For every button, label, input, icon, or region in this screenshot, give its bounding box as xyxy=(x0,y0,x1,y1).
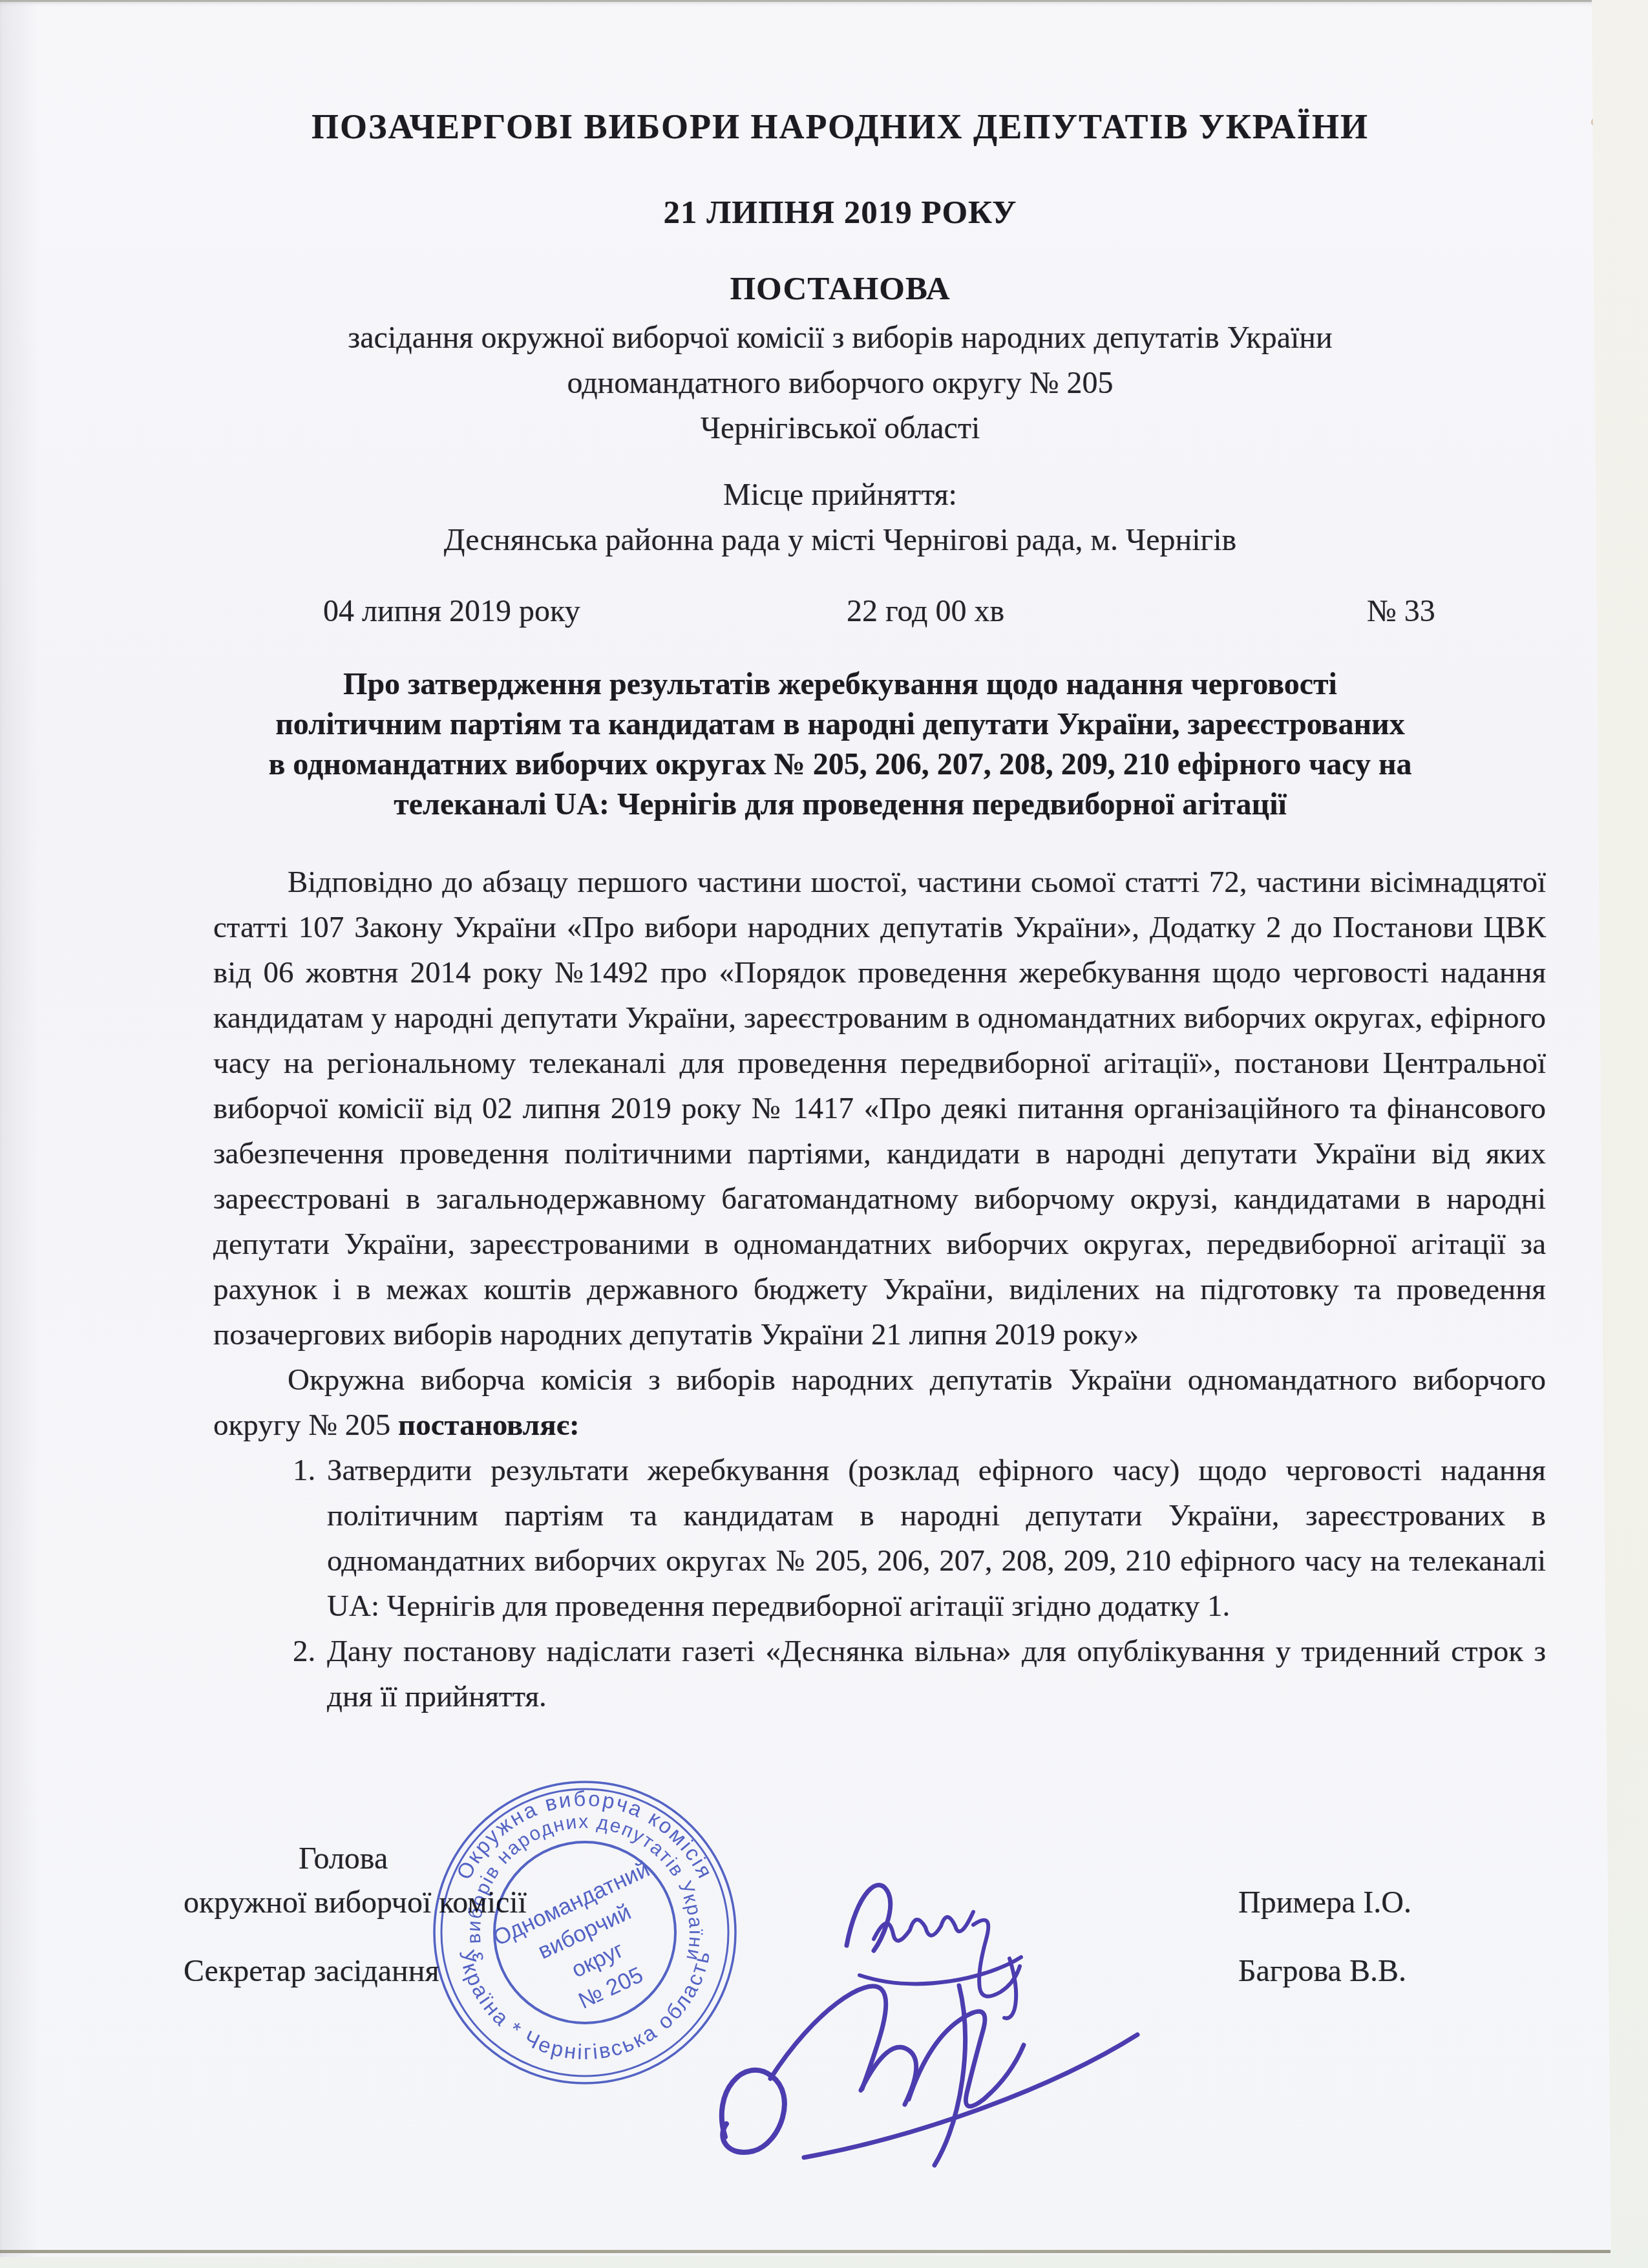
meta-row: 04 липня 2019 року 22 год 00 хв № 33 xyxy=(0,593,1648,632)
secretary-signature xyxy=(685,1952,1176,2185)
list-item: Затвердити результати жеребкування (розк… xyxy=(323,1448,1546,1629)
paper-speck xyxy=(1591,118,1598,126)
meta-number: № 33 xyxy=(1367,593,1435,629)
meta-time: 22 год 00 хв xyxy=(847,593,1004,629)
left-edge-shadow xyxy=(0,0,39,2268)
body-paragraph-resolution: Окружна виборча комісія з виборів народн… xyxy=(213,1357,1546,1448)
doc-type-heading: ПОСТАНОВА xyxy=(158,270,1522,308)
subject-line: телеканалі UA: Чернігів для проведення п… xyxy=(158,785,1522,825)
top-edge-line xyxy=(0,0,1592,2)
subject-line: Про затвердження результатів жеребкуванн… xyxy=(158,664,1522,705)
resolution-list: Затвердити результати жеребкування (розк… xyxy=(213,1448,1546,1719)
resolution-bold-word: постановляє: xyxy=(398,1408,580,1442)
session-line: одномандатного виборчого округу № 205 xyxy=(158,361,1522,406)
meta-date: 04 липня 2019 року xyxy=(323,593,580,629)
role-secretary: Секретар засідання xyxy=(184,1953,439,1989)
bottom-edge-line xyxy=(0,2250,1611,2253)
secretary-name: Багрова В.В. xyxy=(1238,1953,1406,1989)
list-item: Дану постанову надіслати газеті «Деснянк… xyxy=(323,1629,1546,1719)
subject-line: політичним партіям та кандидатам в народ… xyxy=(158,705,1522,745)
session-line: засідання окружної виборчої комісії з ви… xyxy=(158,315,1522,361)
body-paragraph-legal-basis: Відповідно до абзацу першого частини шос… xyxy=(213,860,1546,1357)
document-title: ПОЗАЧЕРГОВІ ВИБОРИ НАРОДНИХ ДЕПУТАТІВ УК… xyxy=(158,107,1522,147)
subject-line: в одномандатних виборчих округах № 205, … xyxy=(158,745,1522,785)
election-date-heading: 21 ЛИПНЯ 2019 РОКУ xyxy=(158,194,1522,231)
place-label: Місце прийняття: xyxy=(158,477,1522,513)
session-line: Чернігівської області xyxy=(158,406,1522,451)
chairman-name: Примера І.О. xyxy=(1238,1885,1411,1920)
place-value: Деснянська районна рада у місті Чернігов… xyxy=(158,522,1522,558)
role-chairman-line1: Голова xyxy=(299,1841,388,1876)
document-body: Відповідно до абзацу першого частини шос… xyxy=(213,860,1546,1719)
scanned-page: ПОЗАЧЕРГОВІ ВИБОРИ НАРОДНИХ ДЕПУТАТІВ УК… xyxy=(0,0,1648,2268)
